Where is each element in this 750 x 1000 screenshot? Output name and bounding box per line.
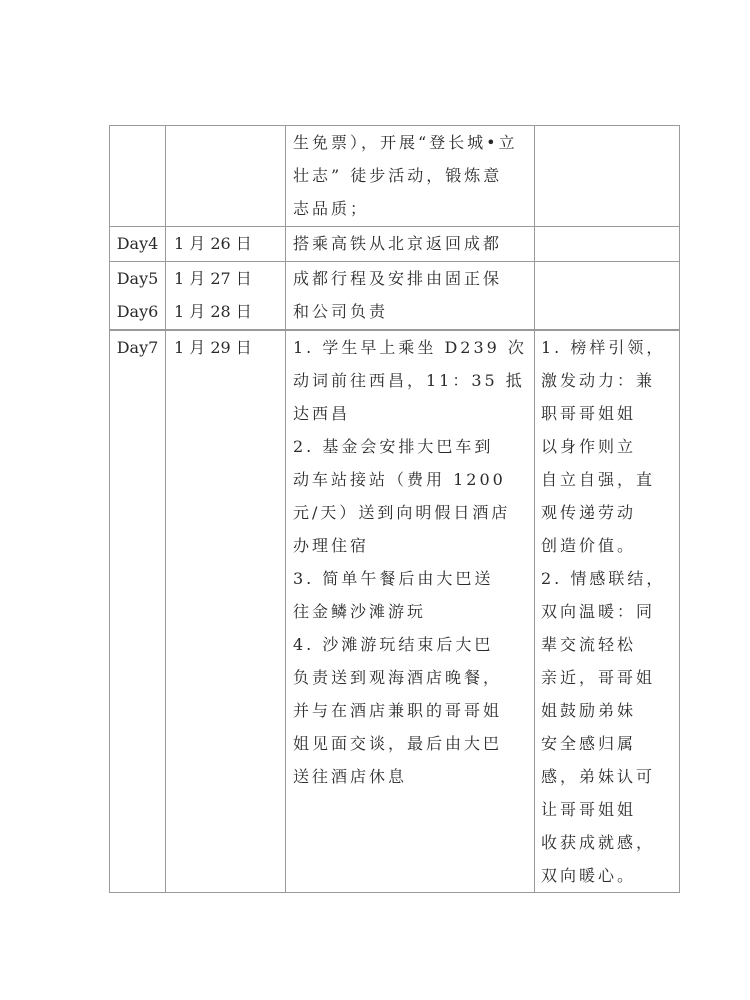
table-row: Day5 Day6 1 月 27 日 1 月 28 日 成都行程及安排由固正保 … (110, 262, 680, 331)
date-label: 1 月 29 日 (174, 331, 285, 364)
date-label: 1 月 28 日 (174, 295, 285, 328)
activity-cell: 1. 学生早上乘坐 D239 次 动词前往西昌，11：35 抵 达西昌 2. 基… (286, 330, 535, 893)
meaning-line: 感，弟妹认可 (541, 760, 674, 793)
meaning-line: 以身作则立 (541, 430, 674, 463)
activity-line: 动车站接站（费用 1200 (293, 463, 528, 496)
meaning-line: 亲近，哥哥姐 (541, 661, 674, 694)
day-label: Day6 (110, 295, 165, 328)
meaning-cell (535, 262, 680, 331)
meaning-line: 辈交流轻松 (541, 628, 674, 661)
day-cell: Day4 (110, 227, 166, 262)
activity-line: 壮志” 徒步活动，锻炼意 (293, 159, 528, 192)
day-cell (110, 126, 166, 227)
date-cell (166, 126, 286, 227)
day-label: Day5 (110, 262, 165, 295)
meaning-line: 创造价值。 (541, 529, 674, 562)
date-label: 1 月 26 日 (174, 227, 285, 260)
activity-line: 达西昌 (293, 397, 528, 430)
activity-line: 送往酒店休息 (293, 760, 528, 793)
meaning-line: 2. 情感联结， (541, 562, 674, 595)
meaning-line: 观传递劳动 (541, 496, 674, 529)
table-row: Day4 1 月 26 日 搭乘高铁从北京返回成都 (110, 227, 680, 262)
activity-cell: 生免票），开展“登长城•立 壮志” 徒步活动，锻炼意 志品质； (286, 126, 535, 227)
date-cell: 1 月 27 日 1 月 28 日 (166, 262, 286, 331)
date-cell: 1 月 26 日 (166, 227, 286, 262)
meaning-line: 让哥哥姐姐 (541, 793, 674, 826)
meaning-line: 1. 榜样引领， (541, 331, 674, 364)
activity-line: 并与在酒店兼职的哥哥姐 (293, 694, 528, 727)
activity-line: 负责送到观海酒店晚餐， (293, 661, 528, 694)
activity-line: 往金鳞沙滩游玩 (293, 595, 528, 628)
activity-line: 成都行程及安排由固正保 (293, 262, 528, 295)
day-label: Day4 (110, 227, 165, 260)
activity-line: 和公司负责 (293, 295, 528, 328)
activity-line: 2. 基金会安排大巴车到 (293, 430, 528, 463)
meaning-line: 自立自强，直 (541, 463, 674, 496)
activity-line: 3. 简单午餐后由大巴送 (293, 562, 528, 595)
activity-line: 志品质； (293, 192, 528, 225)
meaning-line: 安全感归属 (541, 727, 674, 760)
day-label: Day7 (110, 331, 165, 364)
activity-line: 办理住宿 (293, 529, 528, 562)
meaning-line: 双向温暖：同 (541, 595, 674, 628)
meaning-cell: 1. 榜样引领， 激发动力：兼 职哥哥姐姐 以身作则立 自立自强，直 观传递劳动… (535, 330, 680, 893)
table-row: Day7 1 月 29 日 1. 学生早上乘坐 D239 次 动词前往西昌，11… (110, 330, 680, 893)
meaning-line: 姐鼓励弟妹 (541, 694, 674, 727)
meaning-cell (535, 227, 680, 262)
activity-line: 生免票），开展“登长城•立 (293, 126, 528, 159)
activity-line: 元/天）送到向明假日酒店 (293, 496, 528, 529)
itinerary-table: 生免票），开展“登长城•立 壮志” 徒步活动，锻炼意 志品质； Day4 1 月… (109, 125, 680, 893)
day-cell: Day5 Day6 (110, 262, 166, 331)
meaning-cell (535, 126, 680, 227)
day-cell: Day7 (110, 330, 166, 893)
activity-line: 4. 沙滩游玩结束后大巴 (293, 628, 528, 661)
meaning-line: 激发动力：兼 (541, 364, 674, 397)
activity-line: 1. 学生早上乘坐 D239 次 (293, 331, 528, 364)
meaning-line: 双向暖心。 (541, 859, 674, 892)
activity-cell: 成都行程及安排由固正保 和公司负责 (286, 262, 535, 331)
date-label: 1 月 27 日 (174, 262, 285, 295)
activity-line: 搭乘高铁从北京返回成都 (293, 227, 528, 260)
meaning-line: 收获成就感， (541, 826, 674, 859)
activity-cell: 搭乘高铁从北京返回成都 (286, 227, 535, 262)
activity-line: 姐见面交谈，最后由大巴 (293, 727, 528, 760)
date-cell: 1 月 29 日 (166, 330, 286, 893)
table-row: 生免票），开展“登长城•立 壮志” 徒步活动，锻炼意 志品质； (110, 126, 680, 227)
activity-line: 动词前往西昌，11：35 抵 (293, 364, 528, 397)
meaning-line: 职哥哥姐姐 (541, 397, 674, 430)
